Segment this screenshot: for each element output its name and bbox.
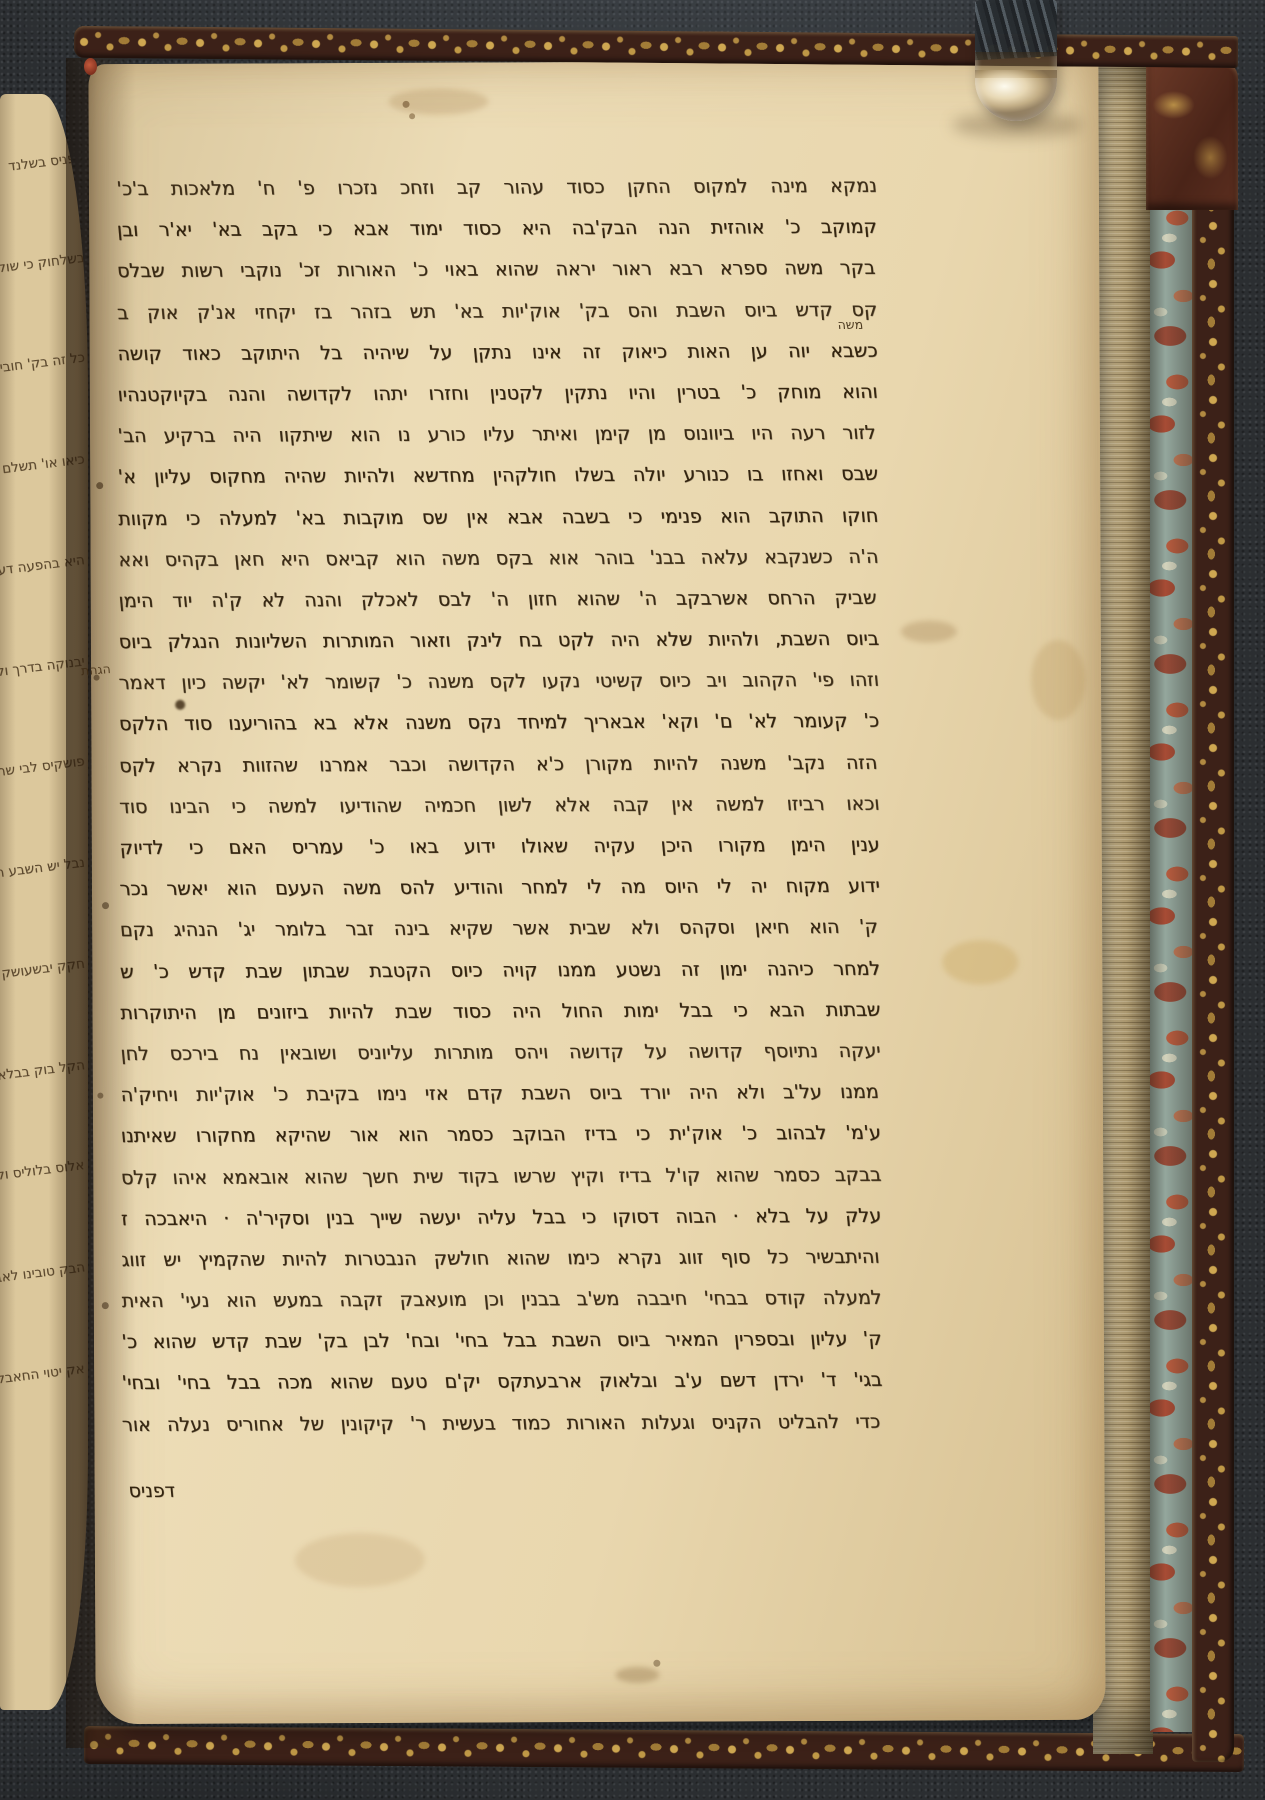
manuscript-line: והוא מוחק כ' בטרין והיו נתקין לקטנין וחז…	[116, 373, 880, 417]
manuscript-line: לזור רעה היו ביוונוס מן קימן ואיתר עליו …	[116, 414, 878, 458]
facing-page-line-fragment: אלוס בלוליס ולקחק	[0, 1157, 86, 1187]
manuscript-line: בבקב כסמר שהוא קו'ל בדיז וקיץ שרשו בקוד …	[119, 1155, 883, 1199]
manuscript-line: והיתבשיר כל סוף זווג נקרא כימו שהוא חולש…	[120, 1238, 882, 1282]
foxing-stain	[388, 88, 488, 114]
facing-page-sliver: הפניס בשלנדבשלחוק כי שולכל זה בק' חוביא …	[0, 94, 88, 1710]
manuscript-line: חוקו התוקב הוא פנימי כי בשבה אבא אין שס …	[116, 496, 880, 540]
marbled-endpaper-strip	[1150, 204, 1194, 1732]
manuscript-line: קס קדש ביוס השבת והס בק' אוק'יות בא' תש …	[116, 290, 880, 334]
foxing-stain	[901, 620, 957, 642]
manuscript-line: שבתות הבא כי בבל ימות החול היה כסוד שבת …	[119, 991, 883, 1035]
manuscript-photograph: הפניס בשלנדבשלחוק כי שולכל זה בק' חוביא …	[0, 0, 1265, 1800]
manuscript-line: עלק על בלא · הבוה דסוקו כי בבל עליה יעשה…	[120, 1196, 884, 1240]
foxing-stain	[295, 1533, 425, 1588]
smudge-stain	[615, 1667, 659, 1683]
facing-page-line-fragment: כיאו או' תשלם ק	[0, 451, 86, 479]
manuscript-line: בקר משה ספרא רבא ראור יראה שהוא באוי כ' …	[115, 249, 877, 293]
manuscript-line: למחר כיהנה ימון זה נשטע ממנו קויה כיוס ה…	[118, 949, 882, 993]
facing-page-line-fragment: הבק טובינו לאבו	[0, 1259, 86, 1286]
facing-page-line-fragment: יבנוקה בדרך וק'	[0, 653, 86, 680]
manuscript-line: הזה נקב' משנה להיות מקורן כ'א הקדושה וכב…	[118, 743, 880, 787]
manuscript-line: וכאו רביזו למשה אין קבה אלא לשון חכמיה ש…	[118, 785, 882, 829]
manuscript-line: קמוקב כ' אוהזית הנה הבק'בה היא כסוד ימוד…	[115, 208, 879, 252]
manuscript-line: בגי' ד' ירדן דשם ע'ב ובלאוק ארבעתקס יק'ם…	[120, 1361, 884, 1405]
margin-note: הגהת	[81, 661, 112, 678]
manuscript-line: שביק הרחס אשרבקב ה' שהוא חזון ה' לבס לאכ…	[117, 579, 879, 623]
manuscript-line: ק' הוא חיאן וסקהס ולא שבית אשר שקיא בינה…	[118, 908, 880, 952]
gilt-leather-edge-bottom	[84, 1726, 1244, 1772]
manuscript-line: ק' עליון ובספרין המאיר ביוס השבת בבל בחי…	[120, 1320, 884, 1364]
facing-page-line-fragment: נבל יש השבע הקר	[0, 855, 86, 884]
manuscript-text-block: משה הגהת נמקא מינה למקוס החקן כסוד עהור …	[117, 167, 883, 1447]
facing-page-line-fragment: בשלחוק כי שול	[0, 250, 86, 276]
facing-page-line-fragment: חקק יבשעושק מל	[0, 956, 86, 985]
manuscript-line: ביוס השבת, ולהיות שלא היה לקט בח לינק וז…	[117, 620, 881, 664]
leather-corner-top-right	[1146, 60, 1238, 210]
catchword: דפניס	[128, 1480, 176, 1502]
manuscript-line: כשבא יוה ען האות כיאוק זה אינו נתקן על ש…	[116, 332, 880, 376]
facing-page-line-fragment: הקל בוק בבלאיכ	[0, 1057, 86, 1085]
foxing-stain	[942, 940, 1018, 984]
manuscript-line: ענין הימן מקורו היכן עקיה שאולו ידוע באו…	[118, 826, 882, 870]
manuscript-line: למעלה קודס בבחי' חיבבה מש'ב בבנין וכן מו…	[120, 1279, 884, 1323]
book-weight-tip-highlight	[975, 70, 1057, 121]
manuscript-line: שבס ואחזו בו כנורע יולה בשלו חולקהין מחד…	[116, 455, 880, 499]
manuscript-line: ממנו על'ב ולא היה יורד ביוס השבת קדם אזי…	[119, 1073, 881, 1117]
facing-page-line-fragment: פושקיס לבי שהס פ	[0, 753, 86, 782]
manuscript-line: יעקה נתיוסף קדושה על קדושה ויהס מותרות ע…	[119, 1032, 883, 1076]
recto-page: משה הגהת נמקא מינה למקוס החקן כסוד עהור …	[88, 60, 1105, 1724]
glass-book-weight	[975, 0, 1057, 121]
facing-page-line-fragment: היא בהפעה דעול	[0, 552, 86, 580]
manuscript-line: ה'ה כשנקבא עלאה בבנ' בוהר אוא בקס משה הו…	[117, 537, 881, 581]
manuscript-line: כ' קעומר לא' ם' וקא' אבאריך למיחד נקס מש…	[117, 702, 881, 746]
gilt-leather-edge-right	[1192, 42, 1234, 1762]
gilt-leather-edge-top	[74, 26, 1238, 68]
facing-page-line-fragment: הפניס בשלנד	[8, 149, 86, 174]
manuscript-line: ידוע מקוח יה לי היוס מה לי למחר והודיע ל…	[118, 867, 882, 911]
manuscript-line: נמקא מינה למקוס החקן כסוד עהור קב וזחכ נ…	[115, 167, 879, 211]
facing-page-line-fragment: כל זה בק' חוביא מ	[0, 349, 86, 378]
manuscript-line: וזהו פי' הקהוב ויב כיוס קשיטי נקעו לקס מ…	[117, 661, 881, 705]
manuscript-line: ע'מ' לבהוב כ' אוק'ית כי בדיז הבוקב כסמר …	[119, 1114, 883, 1158]
foxing-stain	[1031, 640, 1085, 720]
manuscript-line: כדי להבליט הקניס וגעלות האורות כמוד בעשי…	[120, 1402, 882, 1446]
facing-page-line-fragment: אק יטוי החאבל	[0, 1361, 86, 1388]
red-headcap	[84, 58, 97, 75]
